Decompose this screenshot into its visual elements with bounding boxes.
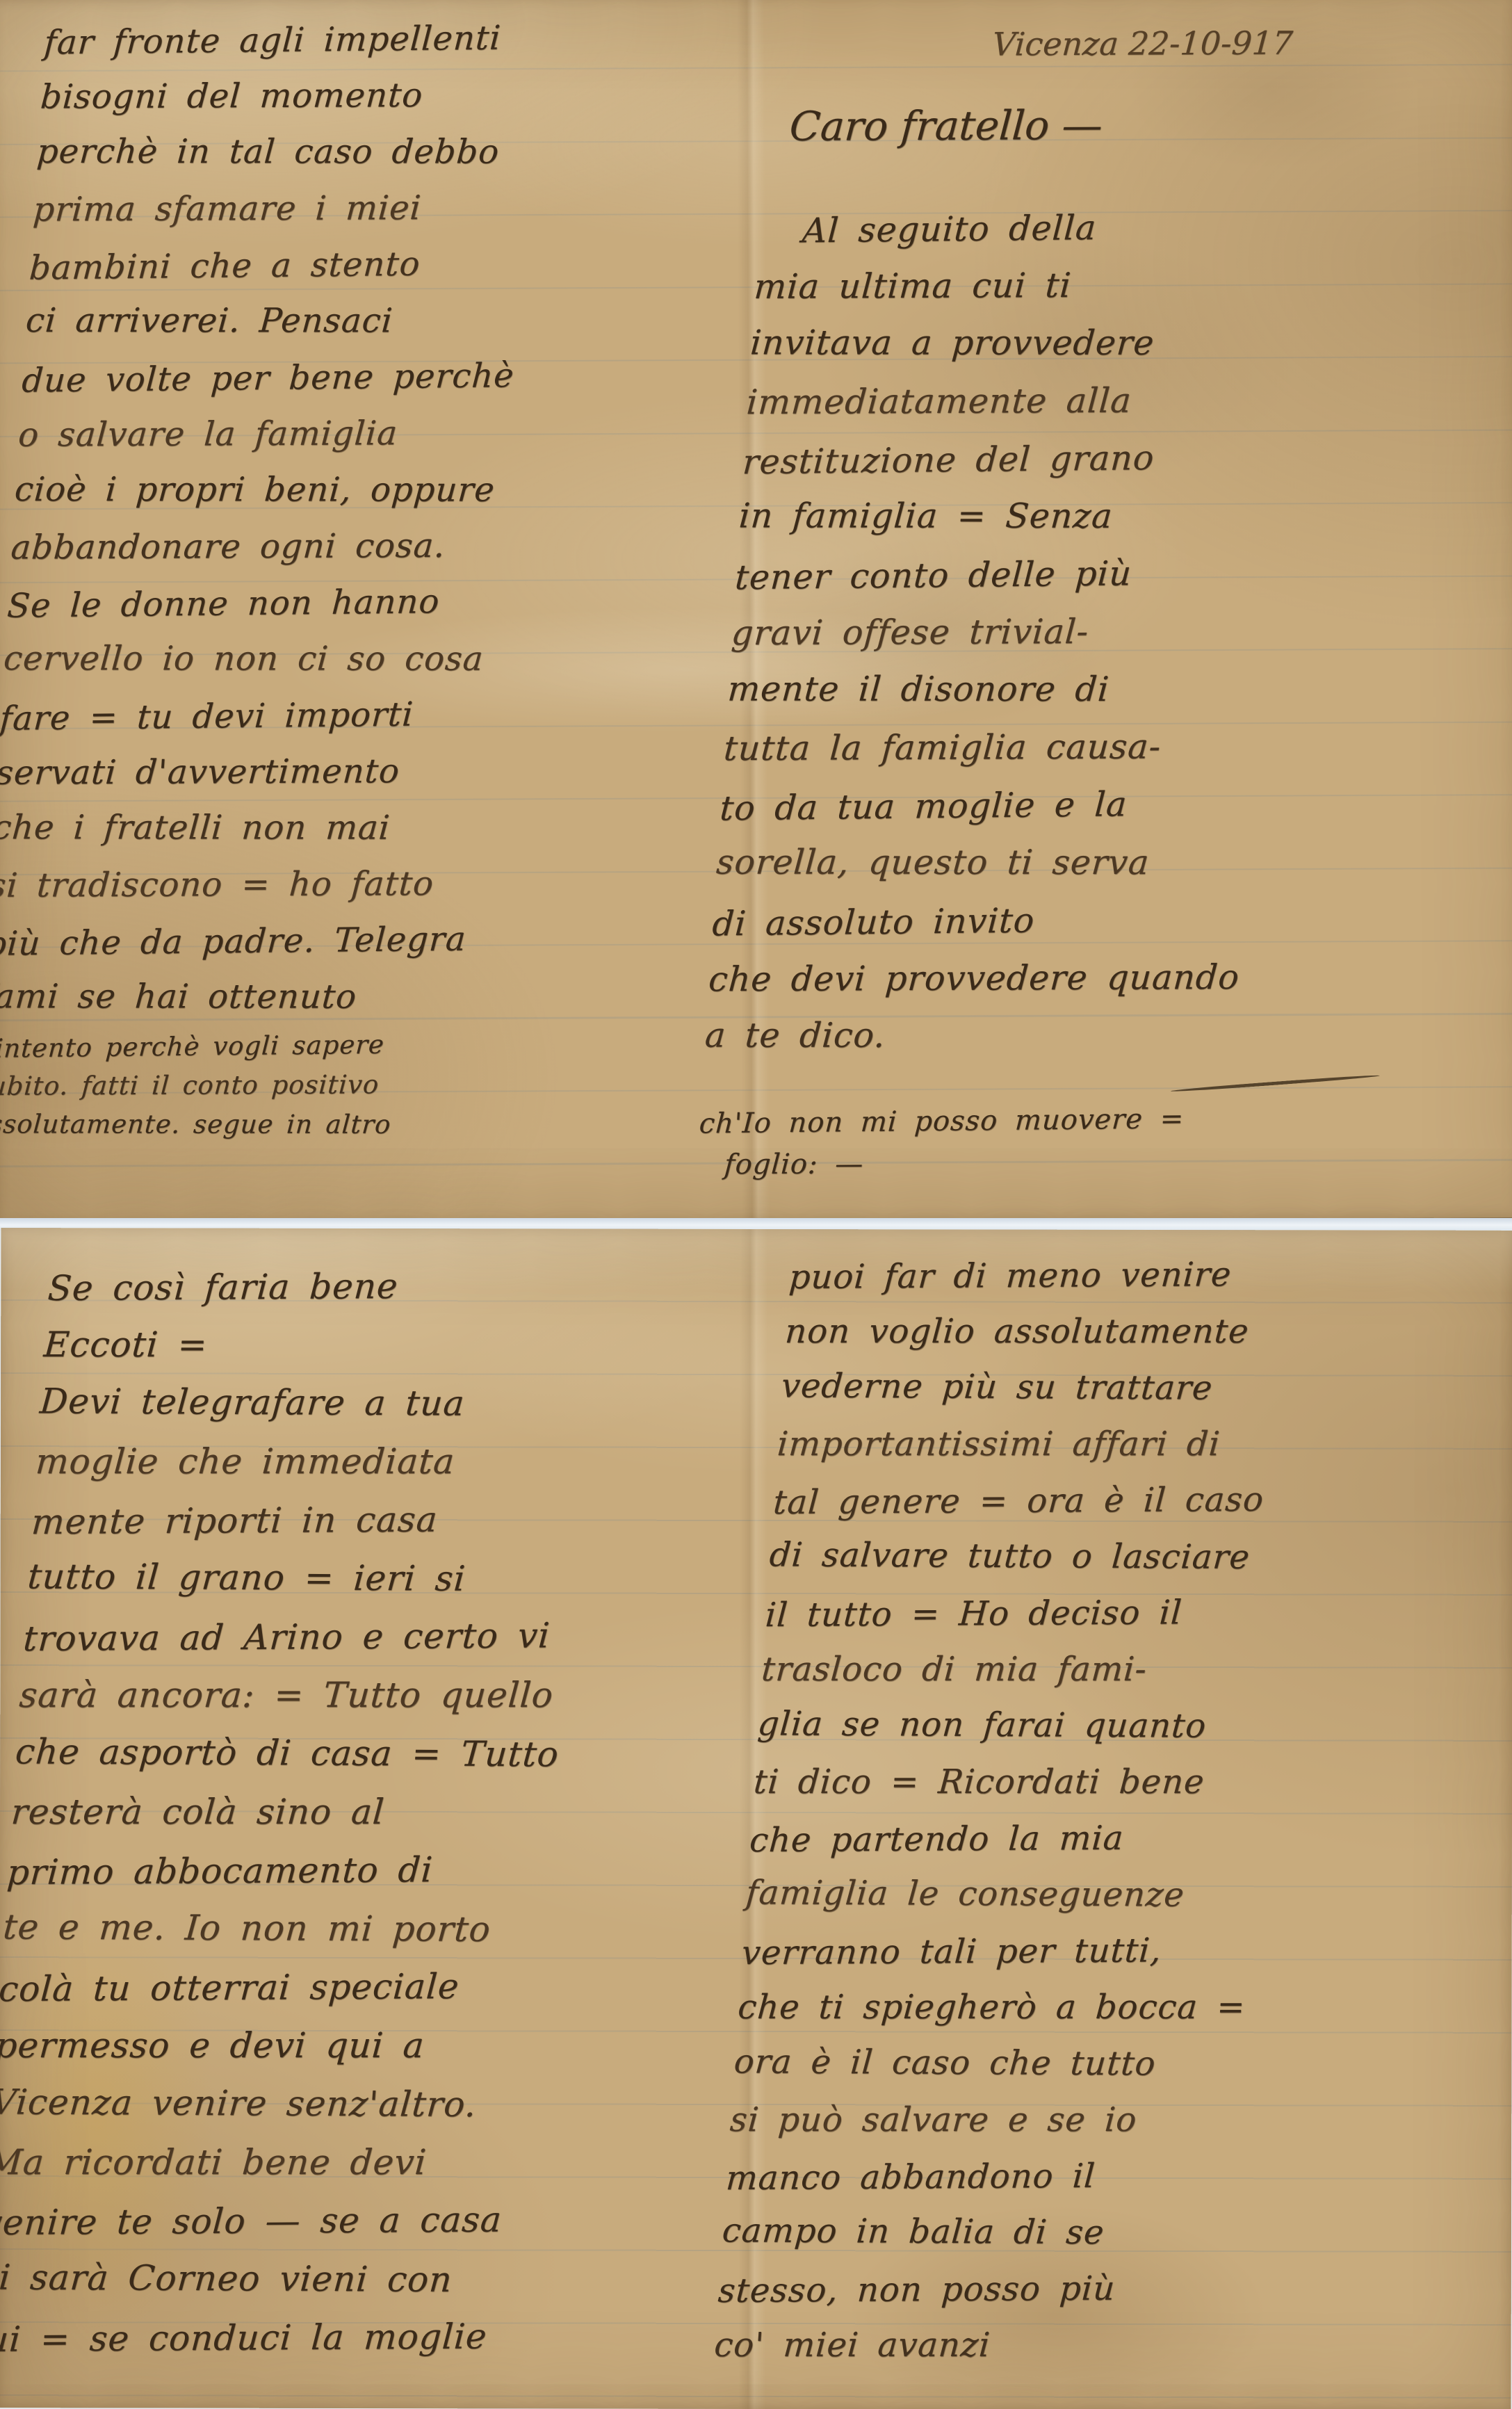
handwritten-line: sorella, questo ti serva <box>715 834 1438 892</box>
handwritten-line: tutta la famiglia causa- <box>722 717 1445 778</box>
handwritten-line: fare = tu devi importi <box>0 683 691 747</box>
handwritten-line: l'intento perchè vogli sapere <box>0 1022 669 1069</box>
handwritten-line: Ma ricordati bene devi <box>0 2133 688 2191</box>
handwritten-line: Al seguito della <box>756 195 1479 260</box>
handwritten-line: due volte per bene perchè <box>20 346 713 409</box>
handwritten-line: puoi far di meno venire <box>787 1245 1502 1306</box>
handwritten-line: ora è il caso che tutto <box>732 2034 1447 2093</box>
handwritten-line: di salvare tutto o lasciare <box>767 1527 1482 1587</box>
handwritten-line: tener conto delle più <box>733 541 1456 606</box>
handwritten-line: bambini che a stento <box>28 233 721 296</box>
handwritten-line: invitava a provvedere <box>749 314 1472 372</box>
handwritten-line: ch'Io non mi posso muovere = <box>698 1095 1420 1146</box>
handwritten-line: che i fratelli non mai <box>0 800 684 857</box>
handwritten-line: trovava ad Arino e certo vi <box>22 1605 724 1668</box>
handwritten-line: fami se hai ottenuto <box>0 968 673 1025</box>
handwritten-line: Se le donne non hanno <box>6 571 699 634</box>
handwritten-line: vi sarà Corneo vieni con <box>0 2248 679 2310</box>
handwritten-line: resterà colà sino al <box>9 1783 712 1841</box>
handwritten-line: perchè in tal caso debbo <box>35 124 728 181</box>
handwritten-line: colà tu otterrai speciale <box>0 1956 699 2018</box>
handwritten-line: importantissimi affari di <box>775 1416 1490 1473</box>
handwritten-line: cioè i propri beni, oppure <box>13 462 706 519</box>
handwritten-line: bisogni del momento <box>39 66 732 125</box>
dateline: Vicenza 22-10-917 <box>768 13 1491 74</box>
letter-page-1: far fronte agli impellentibisogni del mo… <box>0 0 1512 1228</box>
handwritten-line: Eccoti = <box>42 1315 745 1374</box>
handwritten-line: assolutamente. segue in altro <box>0 1104 664 1144</box>
handwritten-line: permesso e devi qui a <box>0 2016 696 2075</box>
handwritten-line: far fronte agli impellenti <box>42 8 735 71</box>
handwritten-line: manco abbandono il <box>724 2146 1439 2207</box>
handwritten-line: mente il disonore di <box>726 660 1449 718</box>
handwritten-line: di assoluto invito <box>710 888 1433 953</box>
page1-right-body: Al seguito dellamia ultima cui tiinvitav… <box>703 197 1479 1066</box>
handwritten-line: sarà ancora: = Tutto quello <box>17 1666 720 1724</box>
handwritten-line: restituzione del grano <box>741 425 1464 491</box>
handwritten-line: vederne più su trattare <box>779 1358 1494 1418</box>
handwritten-line: famiglia le conseguenze <box>744 1865 1458 1924</box>
page1-right-tail: ch'Io non mi posso muovere =foglio: — <box>695 1097 1420 1187</box>
handwritten-line: verranno tali per tutti, <box>740 1921 1454 1981</box>
handwritten-line: trasloco di mia fami- <box>760 1641 1474 1698</box>
page1-right-column: Vicenza 22-10-917 Caro fratello — Al seg… <box>695 13 1491 1186</box>
handwritten-line: foglio: — <box>695 1140 1417 1187</box>
handwritten-line: Devi telegrafare a tua <box>38 1372 740 1434</box>
handwritten-line: stesso, non posso più <box>716 2259 1431 2319</box>
flourish-line <box>1171 1074 1380 1093</box>
handwritten-line: il tutto = Ho deciso il <box>763 1583 1478 1644</box>
page2-right-column: puoi far di meno venirenon voglio assolu… <box>713 1247 1502 2374</box>
handwritten-line: abbandonare ogni cosa. <box>9 517 702 576</box>
handwritten-line: prima sfamare i miei <box>31 179 724 238</box>
handwritten-line: si può salvare e se io <box>728 2092 1442 2148</box>
handwritten-line: a te dico. <box>703 1007 1426 1065</box>
handwritten-line: gravi offese trivial- <box>729 601 1452 663</box>
handwritten-line: in famiglia = Senza <box>737 487 1460 545</box>
handwritten-line: primo abbocamento di <box>5 1839 708 1901</box>
letter-scan: far fronte agli impellentibisogni del mo… <box>0 0 1512 2409</box>
handwritten-line: servati d'avvertimento <box>0 742 688 801</box>
handwritten-line: subito. fatti il conto positivo <box>0 1064 667 1106</box>
handwritten-line: più che da padre. Telegra <box>0 909 676 972</box>
handwritten-line: che partendo la mia <box>748 1808 1463 1869</box>
handwritten-line: glia se non farai quanto <box>756 1696 1470 1755</box>
salutation: Caro fratello — <box>788 95 1486 155</box>
page1-left-column: far fronte agli impellentibisogni del mo… <box>0 10 735 1146</box>
handwritten-line: che asportò di casa = Tutto <box>13 1722 716 1784</box>
handwritten-line: te e me. Io non mi porto <box>1 1897 704 1959</box>
handwritten-line: Vicenza venire senz'altro. <box>0 2073 692 2134</box>
handwritten-line: co' miei avanzi <box>713 2317 1427 2374</box>
handwritten-line: mia ultima cui ti <box>752 254 1475 316</box>
handwritten-line: campo in balia di se <box>720 2203 1435 2262</box>
page2-left-column: Se così faria beneEccoti =Devi telegrafa… <box>0 1257 749 2367</box>
handwritten-line: tutto il grano = ieri si <box>26 1547 729 1609</box>
handwritten-line: mente riporti in casa <box>30 1489 733 1551</box>
handwritten-line: non voglio assolutamente <box>783 1304 1498 1360</box>
handwritten-line: che ti spiegherò a bocca = <box>736 1979 1451 2036</box>
handwritten-line: ti dico = Ricordati bene <box>751 1754 1466 1810</box>
handwritten-line: to da tua moglie e la <box>718 772 1441 838</box>
handwritten-line: immediatamente alla <box>745 371 1468 432</box>
handwritten-line: che devi provvedere quando <box>707 948 1430 1009</box>
handwritten-line: Se così faria bene <box>46 1255 749 1317</box>
handwritten-line: venire te solo — se a casa <box>0 2189 683 2252</box>
handwritten-line: ci arriverei. Pensaci <box>24 293 717 350</box>
handwritten-line: lui = se conduci la moglie <box>0 2306 675 2369</box>
handwritten-line: si tradiscono = ho fatto <box>0 854 681 914</box>
handwritten-line: cervello io non ci so cosa <box>1 631 694 688</box>
handwritten-line: tal genere = ora è il caso <box>772 1470 1486 1531</box>
handwritten-line: o salvare la famiglia <box>17 404 710 463</box>
handwritten-line: moglie che immediata <box>34 1432 737 1491</box>
